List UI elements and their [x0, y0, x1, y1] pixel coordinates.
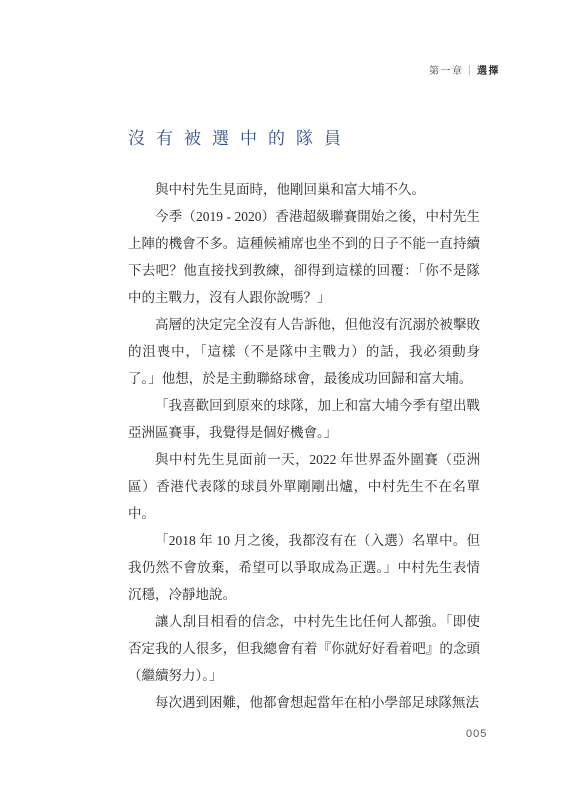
paragraph-7: 讓人刮目相看的信念，中村先生比任何人都強。「即使否定我的人很多，但我總會有着『你… [128, 608, 480, 689]
paragraph-1: 與中村先生見面時，他剛回巢和富大埔不久。 [128, 176, 480, 203]
book-page: 第一章｜選擇 沒有被選中的隊員 與中村先生見面時，他剛回巢和富大埔不久。 今季（… [0, 0, 578, 800]
running-header: 第一章｜選擇 [429, 62, 500, 77]
header-separator: ｜ [465, 66, 477, 77]
paragraph-8: 每次遇到困難，他都會想起當年在柏小學部足球隊無法 [128, 689, 480, 716]
section-title: 沒有被選中的隊員 [128, 124, 352, 149]
paragraph-5: 與中村先生見面前一天，2022 年世界盃外圍賽（亞洲區）香港代表隊的球員外單剛剛… [128, 446, 480, 527]
paragraph-6: 「2018 年 10 月之後，我都沒有在（入選）名單中。但我仍然不會放棄，希望可… [128, 527, 480, 608]
body-text: 與中村先生見面時，他剛回巢和富大埔不久。 今季（2019 - 2020）香港超級… [128, 176, 480, 716]
paragraph-3: 高層的決定完全沒有人告訴他，但他沒有沉溺於被擊敗的沮喪中，「這樣（不是隊中主戰力… [128, 311, 480, 392]
paragraph-2: 今季（2019 - 2020）香港超級聯賽開始之後，中村先生上陣的機會不多。這種… [128, 203, 480, 311]
section-label: 選擇 [477, 66, 500, 77]
page-number: 005 [466, 728, 487, 740]
paragraph-4: 「我喜歡回到原來的球隊，加上和富大埔今季有望出戰亞洲區賽事，我覺得是個好機會。」 [128, 392, 480, 446]
chapter-label: 第一章 [429, 66, 464, 77]
